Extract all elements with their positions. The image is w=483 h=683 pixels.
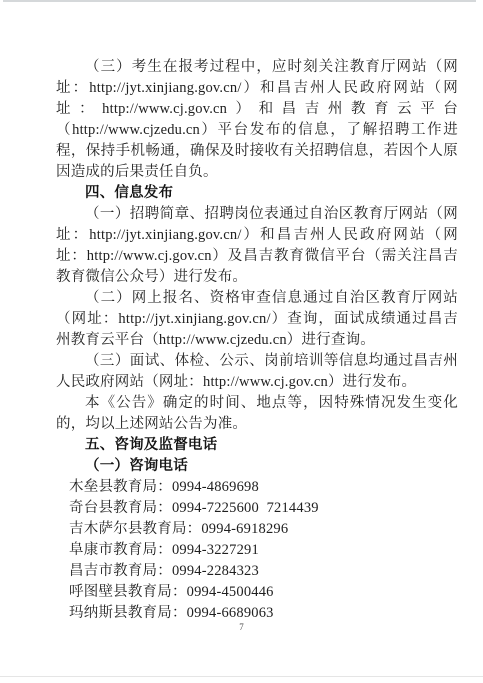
para-online-registration: （二）网上报名、资格审查信息通过自治区教育厅网站（网址：http://jyt.x…	[56, 288, 458, 351]
document-page: （三）考生在报考过程中，应时刻关注教育厅网站（网址：http://jyt.xin…	[0, 0, 483, 683]
para-recruitment-announcement: （一）招聘简章、招聘岗位表通过自治区教育厅网站（网址：http://jyt.xi…	[56, 204, 458, 288]
phone-line-hutubi: 呼图壁县教育局：0994-4500446	[56, 582, 458, 603]
phone-line-qitai: 奇台县教育局：0994-7225600 7214439	[56, 498, 458, 519]
heading-info-release: 四、信息发布	[56, 183, 458, 204]
subheading-consult-phone: （一）咨询电话	[56, 456, 458, 477]
phone-line-changji: 昌吉市教育局：0994-2284323	[56, 561, 458, 582]
scan-artifact-top	[3, 0, 476, 2]
phone-line-mulei: 木垒县教育局：0994-4869698	[56, 477, 458, 498]
scan-artifact-bottom	[0, 676, 483, 677]
heading-consult-phones: 五、咨询及监督电话	[56, 435, 458, 456]
para-exam-notice: （三）考生在报考过程中，应时刻关注教育厅网站（网址：http://jyt.xin…	[56, 57, 458, 183]
phone-line-fukang: 阜康市教育局：0994-3227291	[56, 540, 458, 561]
page-content: （三）考生在报考过程中，应时刻关注教育厅网站（网址：http://jyt.xin…	[56, 57, 458, 624]
para-interview-info: （三）面试、体检、公示、岗前培训等信息均通过昌吉州人民政府网站（网址：http:…	[56, 351, 458, 393]
phone-line-jimusaer: 吉木萨尔县教育局：0994-6918296	[56, 519, 458, 540]
para-notice-changes: 本《公告》确定的时间、地点等，因特殊情况发生变化的，均以上述网站公告为准。	[56, 393, 458, 435]
page-number: 7	[0, 621, 483, 633]
